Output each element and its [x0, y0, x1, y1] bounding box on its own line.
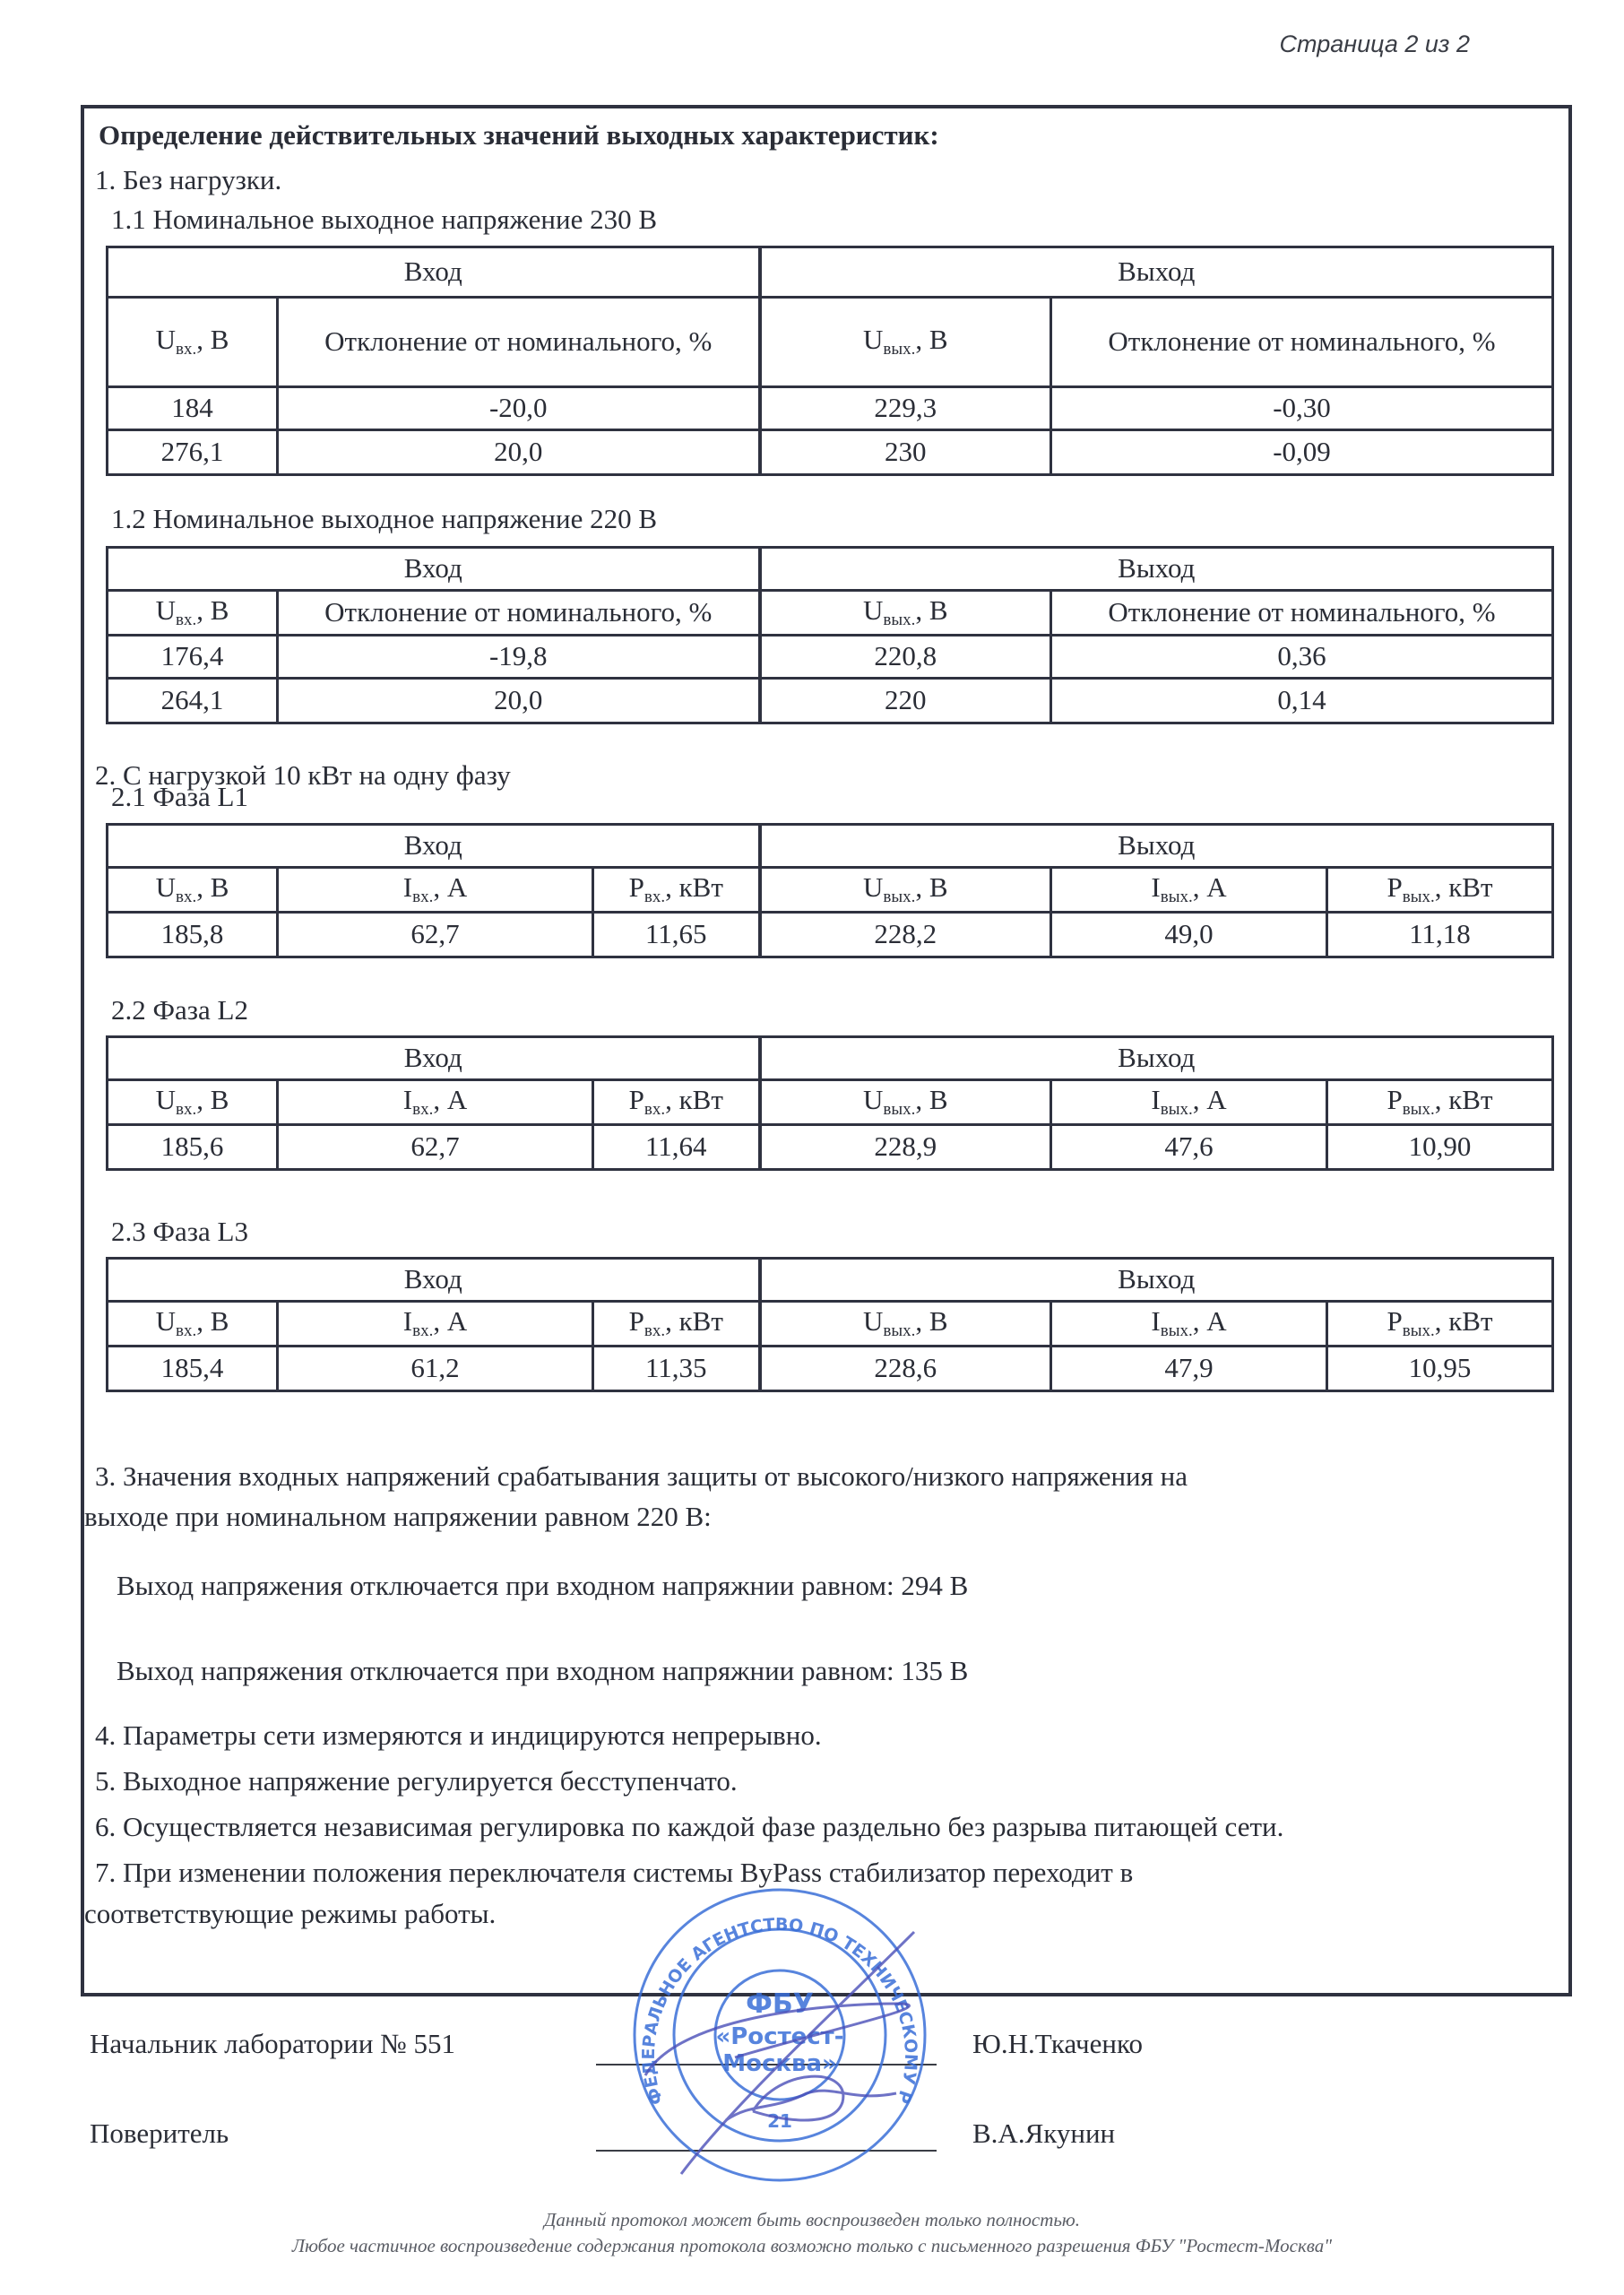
group-input: Вход: [108, 548, 760, 591]
group-output: Выход: [760, 1037, 1553, 1080]
col-u-out: Uвых., В: [760, 1302, 1051, 1347]
col-u-in: Uвх., В: [108, 868, 278, 913]
cutoff-low-voltage: Выход напряжения отключается при входном…: [117, 1655, 968, 1687]
table-row: 185,662,711,64228,947,610,90: [108, 1125, 1553, 1170]
col-i-out: Iвых., А: [1051, 1080, 1327, 1125]
item-6: 6. Осуществляется независимая регулировк…: [95, 1811, 1283, 1843]
table-phase-load: ВходВыходUвх., ВIвх., АPвх., кВтUвых., В…: [106, 1257, 1554, 1392]
cell: 62,7: [278, 913, 593, 957]
cell: 229,3: [760, 387, 1051, 430]
cell: -0,30: [1051, 387, 1553, 430]
table-no-load-230: Вход Выход Uвх., В Отклонение от номинал…: [106, 246, 1554, 476]
table-phase-load: ВходВыходUвх., ВIвх., АPвх., кВтUвых., В…: [106, 1035, 1554, 1171]
col-u-out: Uвых., В: [760, 591, 1051, 636]
col-p-out: Pвых., кВт: [1327, 1302, 1553, 1347]
item-7-cont: соответствующие режимы работы.: [84, 1898, 496, 1930]
cell: 185,8: [108, 913, 278, 957]
cell: 0,36: [1051, 636, 1553, 679]
phase-title: 2.2 Фаза L2: [111, 994, 248, 1026]
col-u-out: Uвых., В: [760, 298, 1051, 387]
cell: 11,65: [593, 913, 760, 957]
cell: 10,95: [1327, 1347, 1553, 1391]
item-7: 7. При изменении положения переключателя…: [95, 1857, 1133, 1889]
cell: -20,0: [278, 387, 760, 430]
cell: 220: [760, 679, 1051, 723]
group-output: Выход: [760, 1259, 1553, 1302]
signature-role-head: Начальник лаборатории № 551: [90, 2028, 455, 2060]
cell: 220,8: [760, 636, 1051, 679]
col-i-out: Iвых., А: [1051, 1302, 1327, 1347]
signature-role-verifier: Поверитель: [90, 2117, 229, 2150]
table-no-load-220: Вход Выход Uвх., В Отклонение от номинал…: [106, 546, 1554, 724]
section1-2-title: 1.2 Номинальное выходное напряжение 220 …: [111, 503, 657, 535]
cutoff-high-voltage: Выход напряжения отключается при входном…: [117, 1570, 968, 1602]
group-output: Выход: [760, 548, 1553, 591]
group-input: Вход: [108, 247, 760, 298]
section-heading: Определение действительных значений выхо…: [99, 119, 939, 152]
cell: 276,1: [108, 430, 278, 475]
col-p-in: Pвх., кВт: [593, 1080, 760, 1125]
cell: 0,14: [1051, 679, 1553, 723]
group-output: Выход: [760, 247, 1553, 298]
signature-name-verifier: В.А.Якунин: [972, 2117, 1115, 2150]
col-p-out: Pвых., кВт: [1327, 868, 1553, 913]
cell: 185,4: [108, 1347, 278, 1391]
col-u-in: Uвх., В: [108, 591, 278, 636]
section3-line1: 3. Значения входных напряжений срабатыва…: [95, 1460, 1188, 1493]
col-p-in: Pвх., кВт: [593, 868, 760, 913]
table-row: 185,461,211,35228,647,910,95: [108, 1347, 1553, 1391]
cell: 264,1: [108, 679, 278, 723]
signature-name-head: Ю.Н.Ткаченко: [972, 2028, 1143, 2060]
item-5: 5. Выходное напряжение регулируется бесс…: [95, 1765, 738, 1797]
cell: 11,64: [593, 1125, 760, 1170]
col-u-in: Uвх., В: [108, 298, 278, 387]
cell: 20,0: [278, 679, 760, 723]
cell: 228,2: [760, 913, 1051, 957]
cell: 62,7: [278, 1125, 593, 1170]
table-row: 264,1 20,0 220 0,14: [108, 679, 1553, 723]
item-4: 4. Параметры сети измеряются и индицирую…: [95, 1719, 822, 1752]
cell: 176,4: [108, 636, 278, 679]
table-row: 176,4 -19,8 220,8 0,36: [108, 636, 1553, 679]
svg-text:21: 21: [767, 2110, 792, 2132]
section1-1-title: 1.1 Номинальное выходное напряжение 230 …: [111, 204, 657, 236]
cell: 185,6: [108, 1125, 278, 1170]
cell: 184: [108, 387, 278, 430]
cell: 11,35: [593, 1347, 760, 1391]
cell: 47,9: [1051, 1347, 1327, 1391]
col-deviation-out: Отклонение от номинального, %: [1051, 591, 1553, 636]
phase-title: 2.1 Фаза L1: [111, 781, 248, 813]
cell: 11,18: [1327, 913, 1553, 957]
table-phase-load: ВходВыходUвх., ВIвх., АPвх., кВтUвых., В…: [106, 823, 1554, 958]
col-deviation-out: Отклонение от номинального, %: [1051, 298, 1553, 387]
section1-title: 1. Без нагрузки.: [95, 164, 281, 196]
col-i-in: Iвх., А: [278, 1080, 593, 1125]
group-input: Вход: [108, 825, 760, 868]
phase-title: 2.3 Фаза L3: [111, 1216, 248, 1248]
official-stamp-icon: ФЕДЕРАЛЬНОЕ АГЕНТСТВО ПО ТЕХНИЧЕСКОМУ РЕ…: [627, 1878, 932, 2183]
cell: 230: [760, 430, 1051, 475]
cell: -19,8: [278, 636, 760, 679]
table-row: 276,1 20,0 230 -0,09: [108, 430, 1553, 475]
page-number: Страница 2 из 2: [1280, 30, 1470, 58]
table-row: 185,862,711,65228,249,011,18: [108, 913, 1553, 957]
col-u-out: Uвых., В: [760, 868, 1051, 913]
col-deviation-in: Отклонение от номинального, %: [278, 298, 760, 387]
cell: 228,6: [760, 1347, 1051, 1391]
svg-text:ФБУ: ФБУ: [746, 1988, 814, 2020]
col-p-in: Pвх., кВт: [593, 1302, 760, 1347]
footer-line-2: Любое частичное воспроизведение содержан…: [0, 2235, 1624, 2257]
cell: 228,9: [760, 1125, 1051, 1170]
protocol-frame: Определение действительных значений выхо…: [81, 105, 1572, 1996]
group-input: Вход: [108, 1037, 760, 1080]
col-u-in: Uвх., В: [108, 1302, 278, 1347]
cell: 61,2: [278, 1347, 593, 1391]
cell: 49,0: [1051, 913, 1327, 957]
col-p-out: Pвых., кВт: [1327, 1080, 1553, 1125]
cell: 20,0: [278, 430, 760, 475]
cell: -0,09: [1051, 430, 1553, 475]
col-deviation-in: Отклонение от номинального, %: [278, 591, 760, 636]
col-i-in: Iвх., А: [278, 868, 593, 913]
table-row: 184 -20,0 229,3 -0,30: [108, 387, 1553, 430]
col-u-in: Uвх., В: [108, 1080, 278, 1125]
svg-text:«Ростест-: «Ростест-: [715, 2023, 843, 2050]
footer-line-1: Данный протокол может быть воспроизведен…: [0, 2209, 1624, 2231]
section3-line2: выходе при номинальном напряжении равном…: [84, 1501, 712, 1533]
group-input: Вход: [108, 1259, 760, 1302]
cell: 10,90: [1327, 1125, 1553, 1170]
col-i-in: Iвх., А: [278, 1302, 593, 1347]
cell: 47,6: [1051, 1125, 1327, 1170]
col-u-out: Uвых., В: [760, 1080, 1051, 1125]
group-output: Выход: [760, 825, 1553, 868]
col-i-out: Iвых., А: [1051, 868, 1327, 913]
